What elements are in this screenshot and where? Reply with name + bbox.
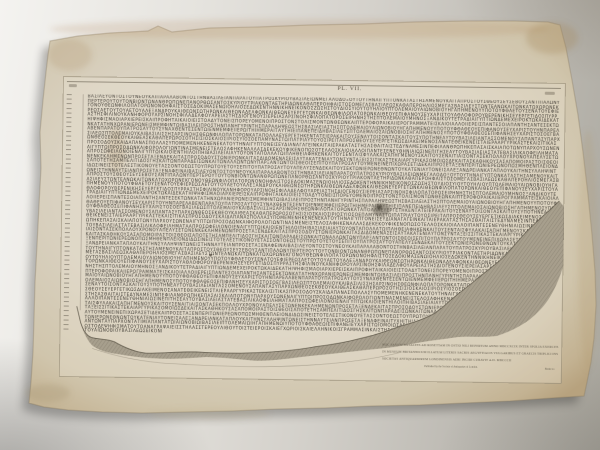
broken-edge-drawing [59,76,566,384]
latin-caption: HOC SAXUM BASALTES AD ROSETTAM IN OSTIO … [382,341,558,364]
engraved-plate: PL. VII. ΒΑΣΙΛΕΥΟΝΤΟΣΤΟΥΝΕΟΥΚΑΙΠΑΡΑΛΑΒΟΝ… [59,76,566,384]
fracture-band-hatching [76,194,566,365]
ink-stain [209,201,390,259]
engraver-mark: Basire sc. [521,367,555,370]
photograph-of-engraved-plate: PL. VII. ΒΑΣΙΛΕΥΟΝΤΟΣΤΟΥΝΕΟΥΚΑΙΠΑΡΑΛΑΒΟΝ… [0,0,600,450]
